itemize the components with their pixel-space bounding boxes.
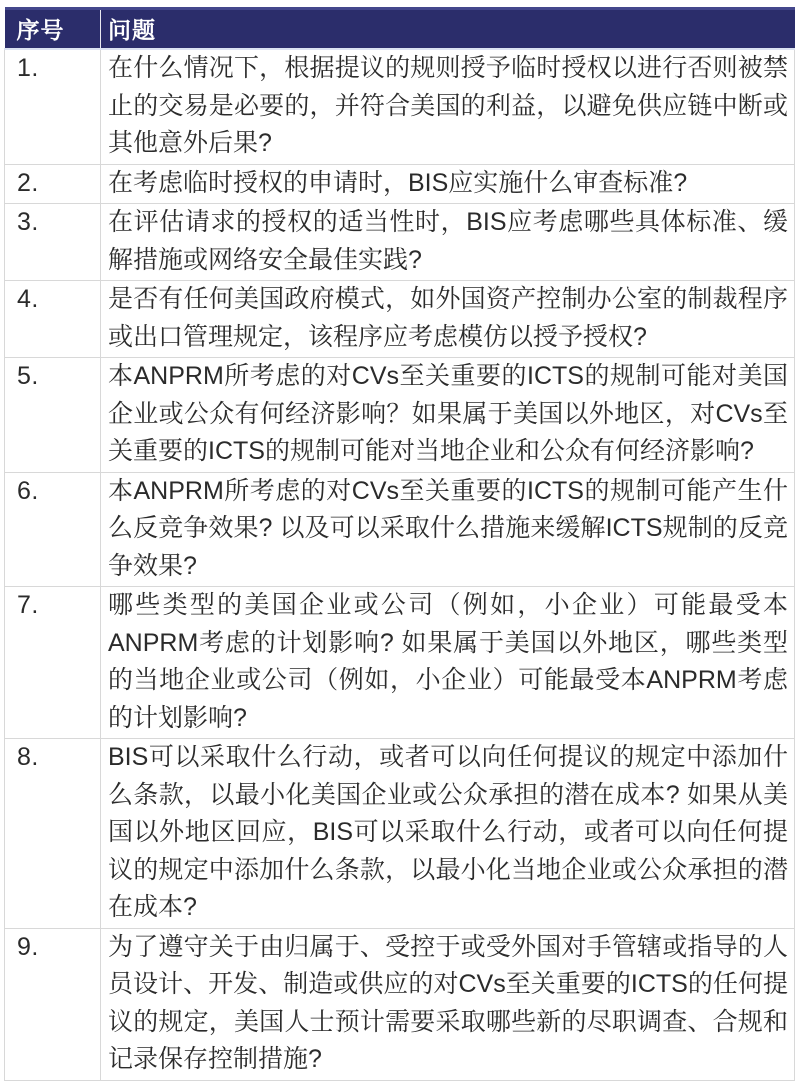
question-text: 为了遵守关于由归属于、受控于或受外国对手管辖或指导的人员设计、开发、制造或供应的… — [101, 928, 795, 1072]
row-number: 1. — [5, 49, 101, 164]
question-text: 本ANPRM所考虑的对CVs至关重要的ICTS的规制可能产生什么反竞争效果? 以… — [101, 472, 795, 587]
table-row: 6. 本ANPRM所考虑的对CVs至关重要的ICTS的规制可能产生什么反竞争效果… — [5, 472, 795, 587]
row-number: 2. — [5, 164, 101, 204]
question-text: 在什么情况下，根据提议的规则授予临时授权以进行否则被禁止的交易是必要的，并符合美… — [101, 49, 795, 164]
row-number: 7. — [5, 587, 101, 739]
question-text: BIS可以采取什么行动，或者可以向任何提议的规定中添加什么条款，以最小化美国企业… — [101, 739, 795, 929]
table-body: 1. 在什么情况下，根据提议的规则授予临时授权以进行否则被禁止的交易是必要的，并… — [5, 49, 795, 1072]
table-row: 4. 是否有任何美国政府模式，如外国资产控制办公室的制裁程序或出口管理规定，该程… — [5, 281, 795, 358]
table-row: 9. 为了遵守关于由归属于、受控于或受外国对手管辖或指导的人员设计、开发、制造或… — [5, 928, 795, 1072]
row-number: 8. — [5, 739, 101, 929]
column-header-question: 问题 — [101, 9, 795, 50]
table-row: 3. 在评估请求的授权的适当性时，BIS应考虑哪些具体标准、缓解措施或网络安全最… — [5, 204, 795, 281]
question-text: 本ANPRM所考虑的对CVs至关重要的ICTS的规制可能对美国企业或公众有何经济… — [101, 358, 795, 473]
column-header-number: 序号 — [5, 9, 101, 50]
table-row: 8. BIS可以采取什么行动，或者可以向任何提议的规定中添加什么条款，以最小化美… — [5, 739, 795, 929]
question-text: 哪些类型的美国企业或公司（例如，小企业）可能最受本ANPRM考虑的计划影响? 如… — [101, 587, 795, 739]
table-header: 序号 问题 — [5, 9, 795, 50]
questions-table-container: 序号 问题 1. 在什么情况下，根据提议的规则授予临时授权以进行否则被禁止的交易… — [4, 7, 795, 1072]
question-text: 是否有任何美国政府模式，如外国资产控制办公室的制裁程序或出口管理规定，该程序应考… — [101, 281, 795, 358]
row-number: 6. — [5, 472, 101, 587]
row-number: 4. — [5, 281, 101, 358]
question-text: 在考虑临时授权的申请时，BIS应实施什么审查标准? — [101, 164, 795, 204]
table-row: 2. 在考虑临时授权的申请时，BIS应实施什么审查标准? — [5, 164, 795, 204]
table-row: 7. 哪些类型的美国企业或公司（例如，小企业）可能最受本ANPRM考虑的计划影响… — [5, 587, 795, 739]
row-number: 5. — [5, 358, 101, 473]
question-text: 在评估请求的授权的适当性时，BIS应考虑哪些具体标准、缓解措施或网络安全最佳实践… — [101, 204, 795, 281]
table-row: 1. 在什么情况下，根据提议的规则授予临时授权以进行否则被禁止的交易是必要的，并… — [5, 49, 795, 164]
header-row: 序号 问题 — [5, 9, 795, 50]
questions-table: 序号 问题 1. 在什么情况下，根据提议的规则授予临时授权以进行否则被禁止的交易… — [4, 7, 795, 1072]
row-number: 3. — [5, 204, 101, 281]
row-number: 9. — [5, 928, 101, 1072]
table-row: 5. 本ANPRM所考虑的对CVs至关重要的ICTS的规制可能对美国企业或公众有… — [5, 358, 795, 473]
